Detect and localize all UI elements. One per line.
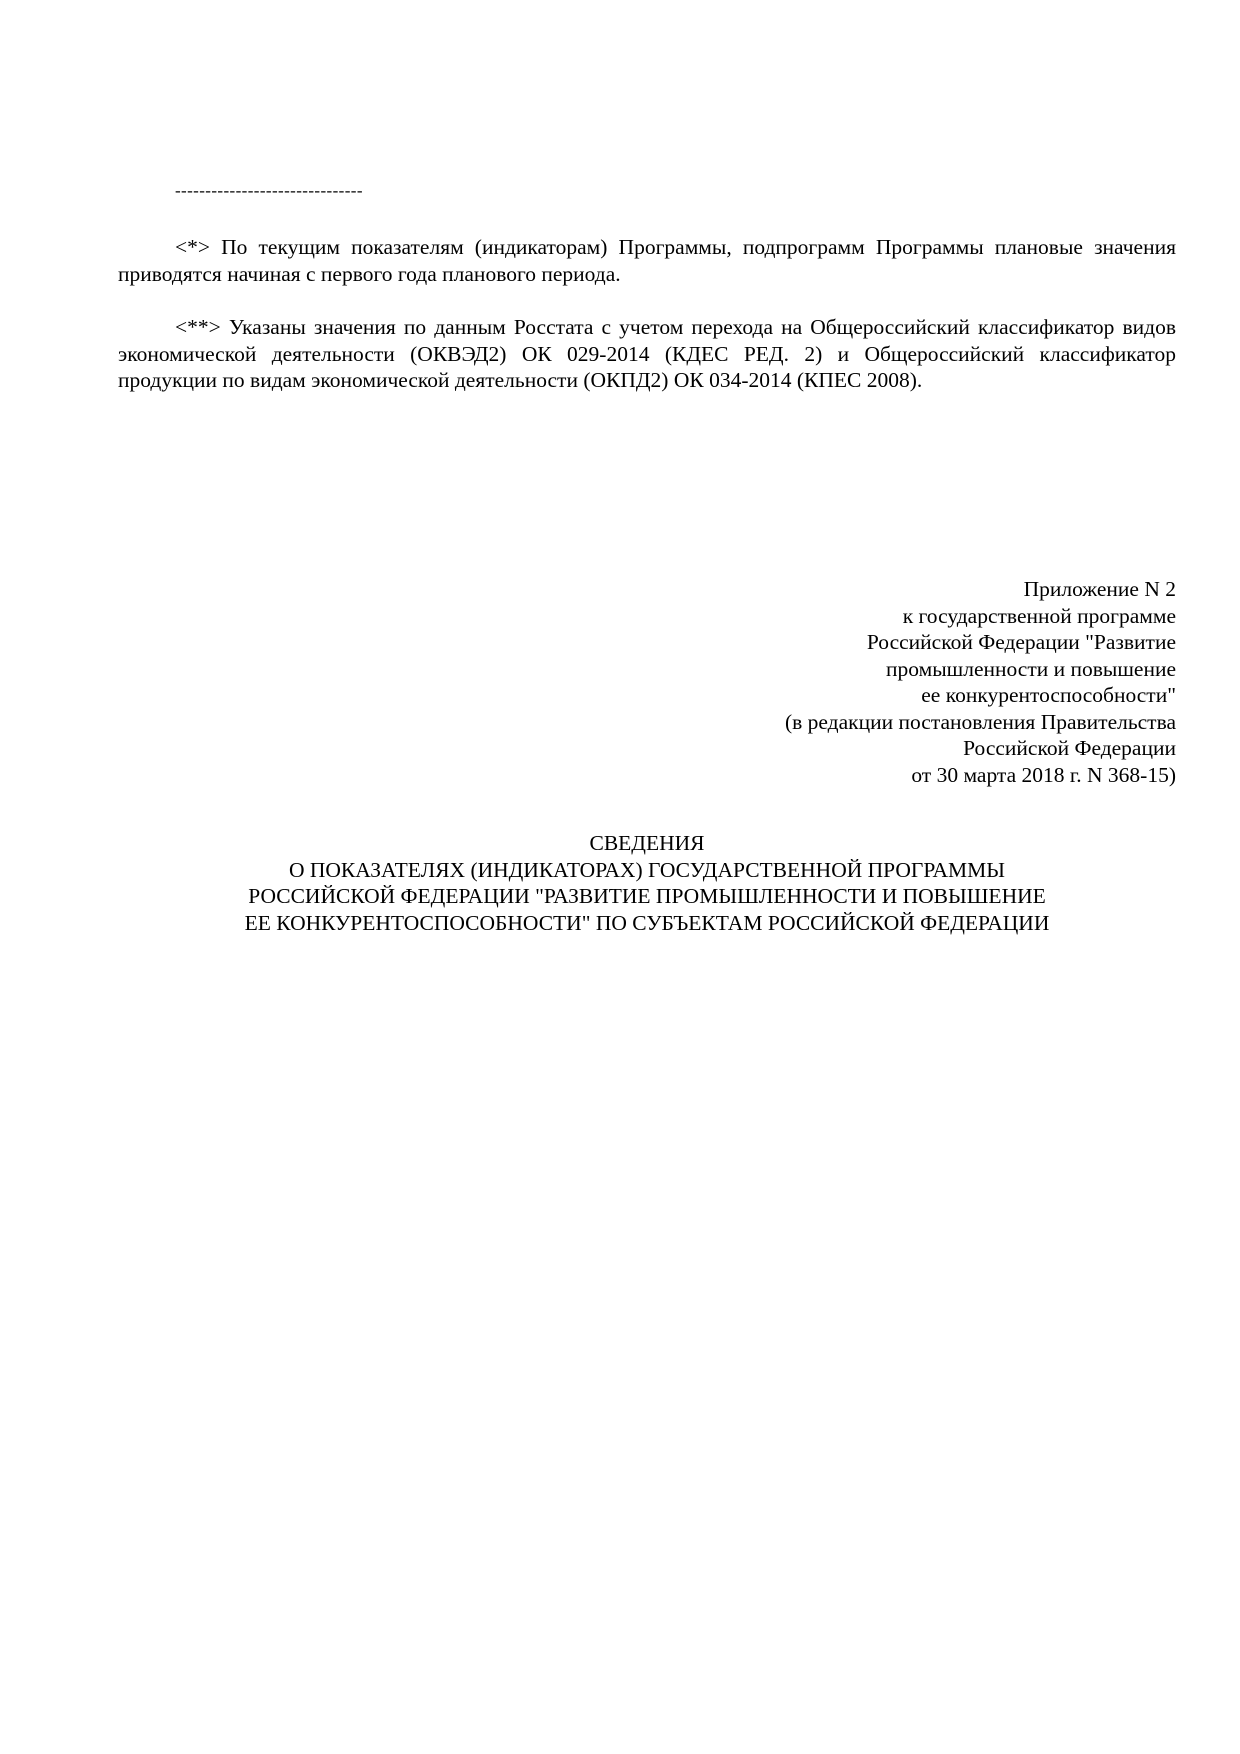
- title-line: СВЕДЕНИЯ: [118, 830, 1176, 857]
- title-line: РОССИЙСКОЙ ФЕДЕРАЦИИ "РАЗВИТИЕ ПРОМЫШЛЕН…: [118, 883, 1176, 910]
- annex-line: от 30 марта 2018 г. N 368-15): [476, 762, 1176, 789]
- title-line: ЕЕ КОНКУРЕНТОСПОСОБНОСТИ" ПО СУБЪЕКТАМ Р…: [118, 910, 1176, 937]
- annex-line: Российской Федерации "Развитие: [476, 629, 1176, 656]
- annex-line: промышленности и повышение: [476, 656, 1176, 683]
- annex-line: (в редакции постановления Правительства: [476, 709, 1176, 736]
- annex-line: ее конкурентоспособности": [476, 682, 1176, 709]
- footnote-1: <*> По текущим показателям (индикаторам)…: [118, 234, 1176, 287]
- annex-header: Приложение N 2 к государственной програм…: [476, 576, 1176, 788]
- annex-line: Российской Федерации: [476, 735, 1176, 762]
- document-title: СВЕДЕНИЯ О ПОКАЗАТЕЛЯХ (ИНДИКАТОРАХ) ГОС…: [118, 830, 1176, 936]
- footnote-2: <**> Указаны значения по данным Росстата…: [118, 314, 1176, 394]
- annex-line: к государственной программе: [476, 603, 1176, 630]
- title-line: О ПОКАЗАТЕЛЯХ (ИНДИКАТОРАХ) ГОСУДАРСТВЕН…: [118, 857, 1176, 884]
- footnote-separator: -------------------------------: [175, 181, 363, 201]
- annex-line: Приложение N 2: [476, 576, 1176, 603]
